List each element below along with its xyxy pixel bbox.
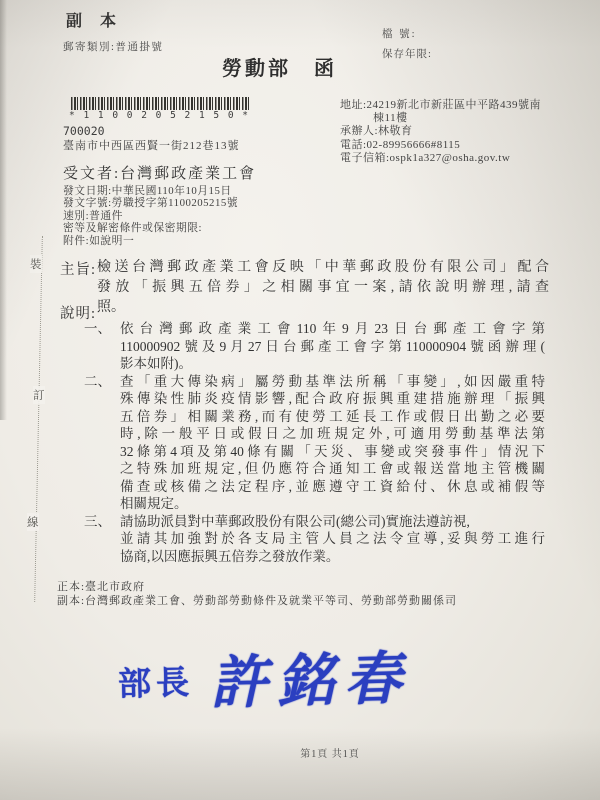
subject-text: 檢送台灣郵政產業工會反映「中華郵政股份有限公司」配合 發放「振興五倍券」之相關事… — [97, 258, 549, 318]
text-line: 五倍券」相關業務,而有使勞工延長工作或假日出勤之必要 — [120, 408, 545, 426]
file-number-label: 檔 號: — [382, 26, 417, 41]
document-meta-block: 發文日期:中華民國110年10月15日 發文字號:勞職授字第1100205215… — [63, 185, 238, 247]
text-line: 並請其加強對於各支局主管人員之法令宣導,妥與勞工進行 — [120, 530, 545, 548]
stamp-title: 部長 — [117, 656, 194, 705]
explanation-item-1: 一、 依台灣郵政產業工會110年9月23日台郵產工會字第 110000902號及… — [84, 320, 546, 373]
item-number: 一、 — [84, 320, 120, 373]
recipient-street-address: 臺南市中西區西賢一街212巷13號 — [63, 137, 240, 153]
subject-line: 檢送台灣郵政產業工會反映「中華郵政股份有限公司」配合 — [97, 258, 549, 278]
item-number: 二、 — [84, 373, 120, 513]
text-line: 查「重大傳染病」屬勞動基準法所稱「事變」,如因嚴重特 — [120, 373, 545, 391]
issue-number-line: 發文字號:勞職授字第1100205215號 — [63, 197, 238, 209]
subject-label: 主旨: — [60, 258, 96, 279]
binding-mark-ding: 訂 — [33, 386, 45, 404]
barcode-number: * 1 1 0 0 2 0 5 2 1 5 0 * — [69, 110, 250, 121]
subject-line: 發放「振興五倍券」之相關事宜一案,請依說明辦理,請查 — [97, 278, 549, 298]
text-line: 備查或核備之法定程序,並應遵守工資給付、休息或補假等 — [120, 478, 545, 496]
text-line: 協商,以因應振興五倍券之發放作業。 — [120, 548, 545, 566]
minister-signature-stamp: 部長 許銘春 — [117, 632, 449, 723]
binding-mark-zhuang: 裝 — [30, 255, 42, 273]
issue-date-line: 發文日期:中華民國110年10月15日 — [63, 185, 238, 197]
agency-phone-line: 電話:02-89956666#8115 — [340, 139, 541, 152]
page-number-footer: 第1頁 共1頁 — [60, 745, 600, 760]
text-line: 32條第4項及第40條有關「天災、事變或突發事件」情況下 — [120, 443, 545, 461]
explanation-item-2: 二、 查「重大傳染病」屬勞動基準法所稱「事變」,如因嚴重特 殊傳染性肺炎疫情影響… — [84, 373, 546, 513]
binding-dotted-line — [34, 236, 43, 602]
text-line: 時,除一般平日或假日之加班規定外,可適用勞動基準法第 — [120, 425, 545, 443]
barcode — [71, 97, 249, 110]
stamp-name: 許銘春 — [209, 633, 412, 720]
text-line: 殊傳染性肺炎疫情影響,配合政府振興重建措施辦理「振興 — [120, 390, 545, 408]
retention-period-label: 保存年限: — [382, 46, 432, 61]
agency-contact-block: 地址:24219新北市新莊區中平路439號南 棟11樓 承辦人:林敬育 電話:0… — [340, 99, 541, 165]
agency-email-line: 電子信箱:ospk1a327@osha.gov.tw — [340, 152, 541, 165]
text-line: 影本如附)。 — [120, 355, 545, 373]
speed-class-line: 速別:普通件 — [63, 210, 238, 222]
binding-mark-xian: 線 — [27, 513, 39, 531]
item-text: 查「重大傳染病」屬勞動基準法所稱「事變」,如因嚴重特 殊傳染性肺炎疫情影響,配合… — [120, 373, 545, 513]
mail-type-label: 郵寄類別:普通掛號 — [63, 39, 163, 54]
agency-address-line: 地址:24219新北市新莊區中平路439號南 — [340, 99, 541, 112]
item-number: 三、 — [84, 513, 120, 566]
text-line: 110000902號及9月27日台郵產工會字第110000904號函辦理( — [120, 338, 545, 356]
carbon-copy-line: 副本:台灣郵政產業工會、勞動部勞動條件及就業平等司、勞動部勞動關係司 — [57, 592, 457, 608]
recipient-postal-code: 700020 — [63, 124, 105, 138]
item-text: 依台灣郵政產業工會110年9月23日台郵產工會字第 110000902號及9月2… — [120, 320, 545, 373]
photo-edge-shadow — [0, 0, 7, 420]
text-line: 依台灣郵政產業工會110年9月23日台郵產工會字第 — [120, 320, 545, 338]
confidentiality-line: 密等及解密條件或保密期限: — [63, 222, 238, 234]
item-text: 請協助派員對中華郵政股份有限公司(總公司)實施法遵訪視, 並請其加強對於各支局主… — [120, 513, 545, 566]
attachment-line: 附件:如說明一 — [63, 235, 238, 247]
explanation-item-3: 三、 請協助派員對中華郵政股份有限公司(總公司)實施法遵訪視, 並請其加強對於各… — [84, 513, 546, 566]
copy-label: 副 本 — [66, 8, 123, 31]
subject-line: 照。 — [97, 298, 549, 318]
recipient-line: 受文者:台灣郵政產業工會 — [63, 162, 256, 183]
explanation-items: 一、 依台灣郵政產業工會110年9月23日台郵產工會字第 110000902號及… — [84, 320, 546, 565]
agency-address-line2: 棟11樓 — [340, 112, 541, 125]
text-line: 請協助派員對中華郵政股份有限公司(總公司)實施法遵訪視, — [120, 513, 545, 531]
text-line: 相關規定。 — [120, 495, 545, 513]
document-page: 副 本 郵寄類別:普通掛號 檔 號: 保存年限: 勞動部 函 * 1 1 0 0… — [0, 0, 600, 800]
agency-officer-line: 承辦人:林敬育 — [340, 125, 541, 138]
text-line: 之特殊加班規定,但仍應符合通知工會或報送當地主管機關 — [120, 460, 545, 478]
document-title: 勞動部 函 — [222, 52, 337, 81]
